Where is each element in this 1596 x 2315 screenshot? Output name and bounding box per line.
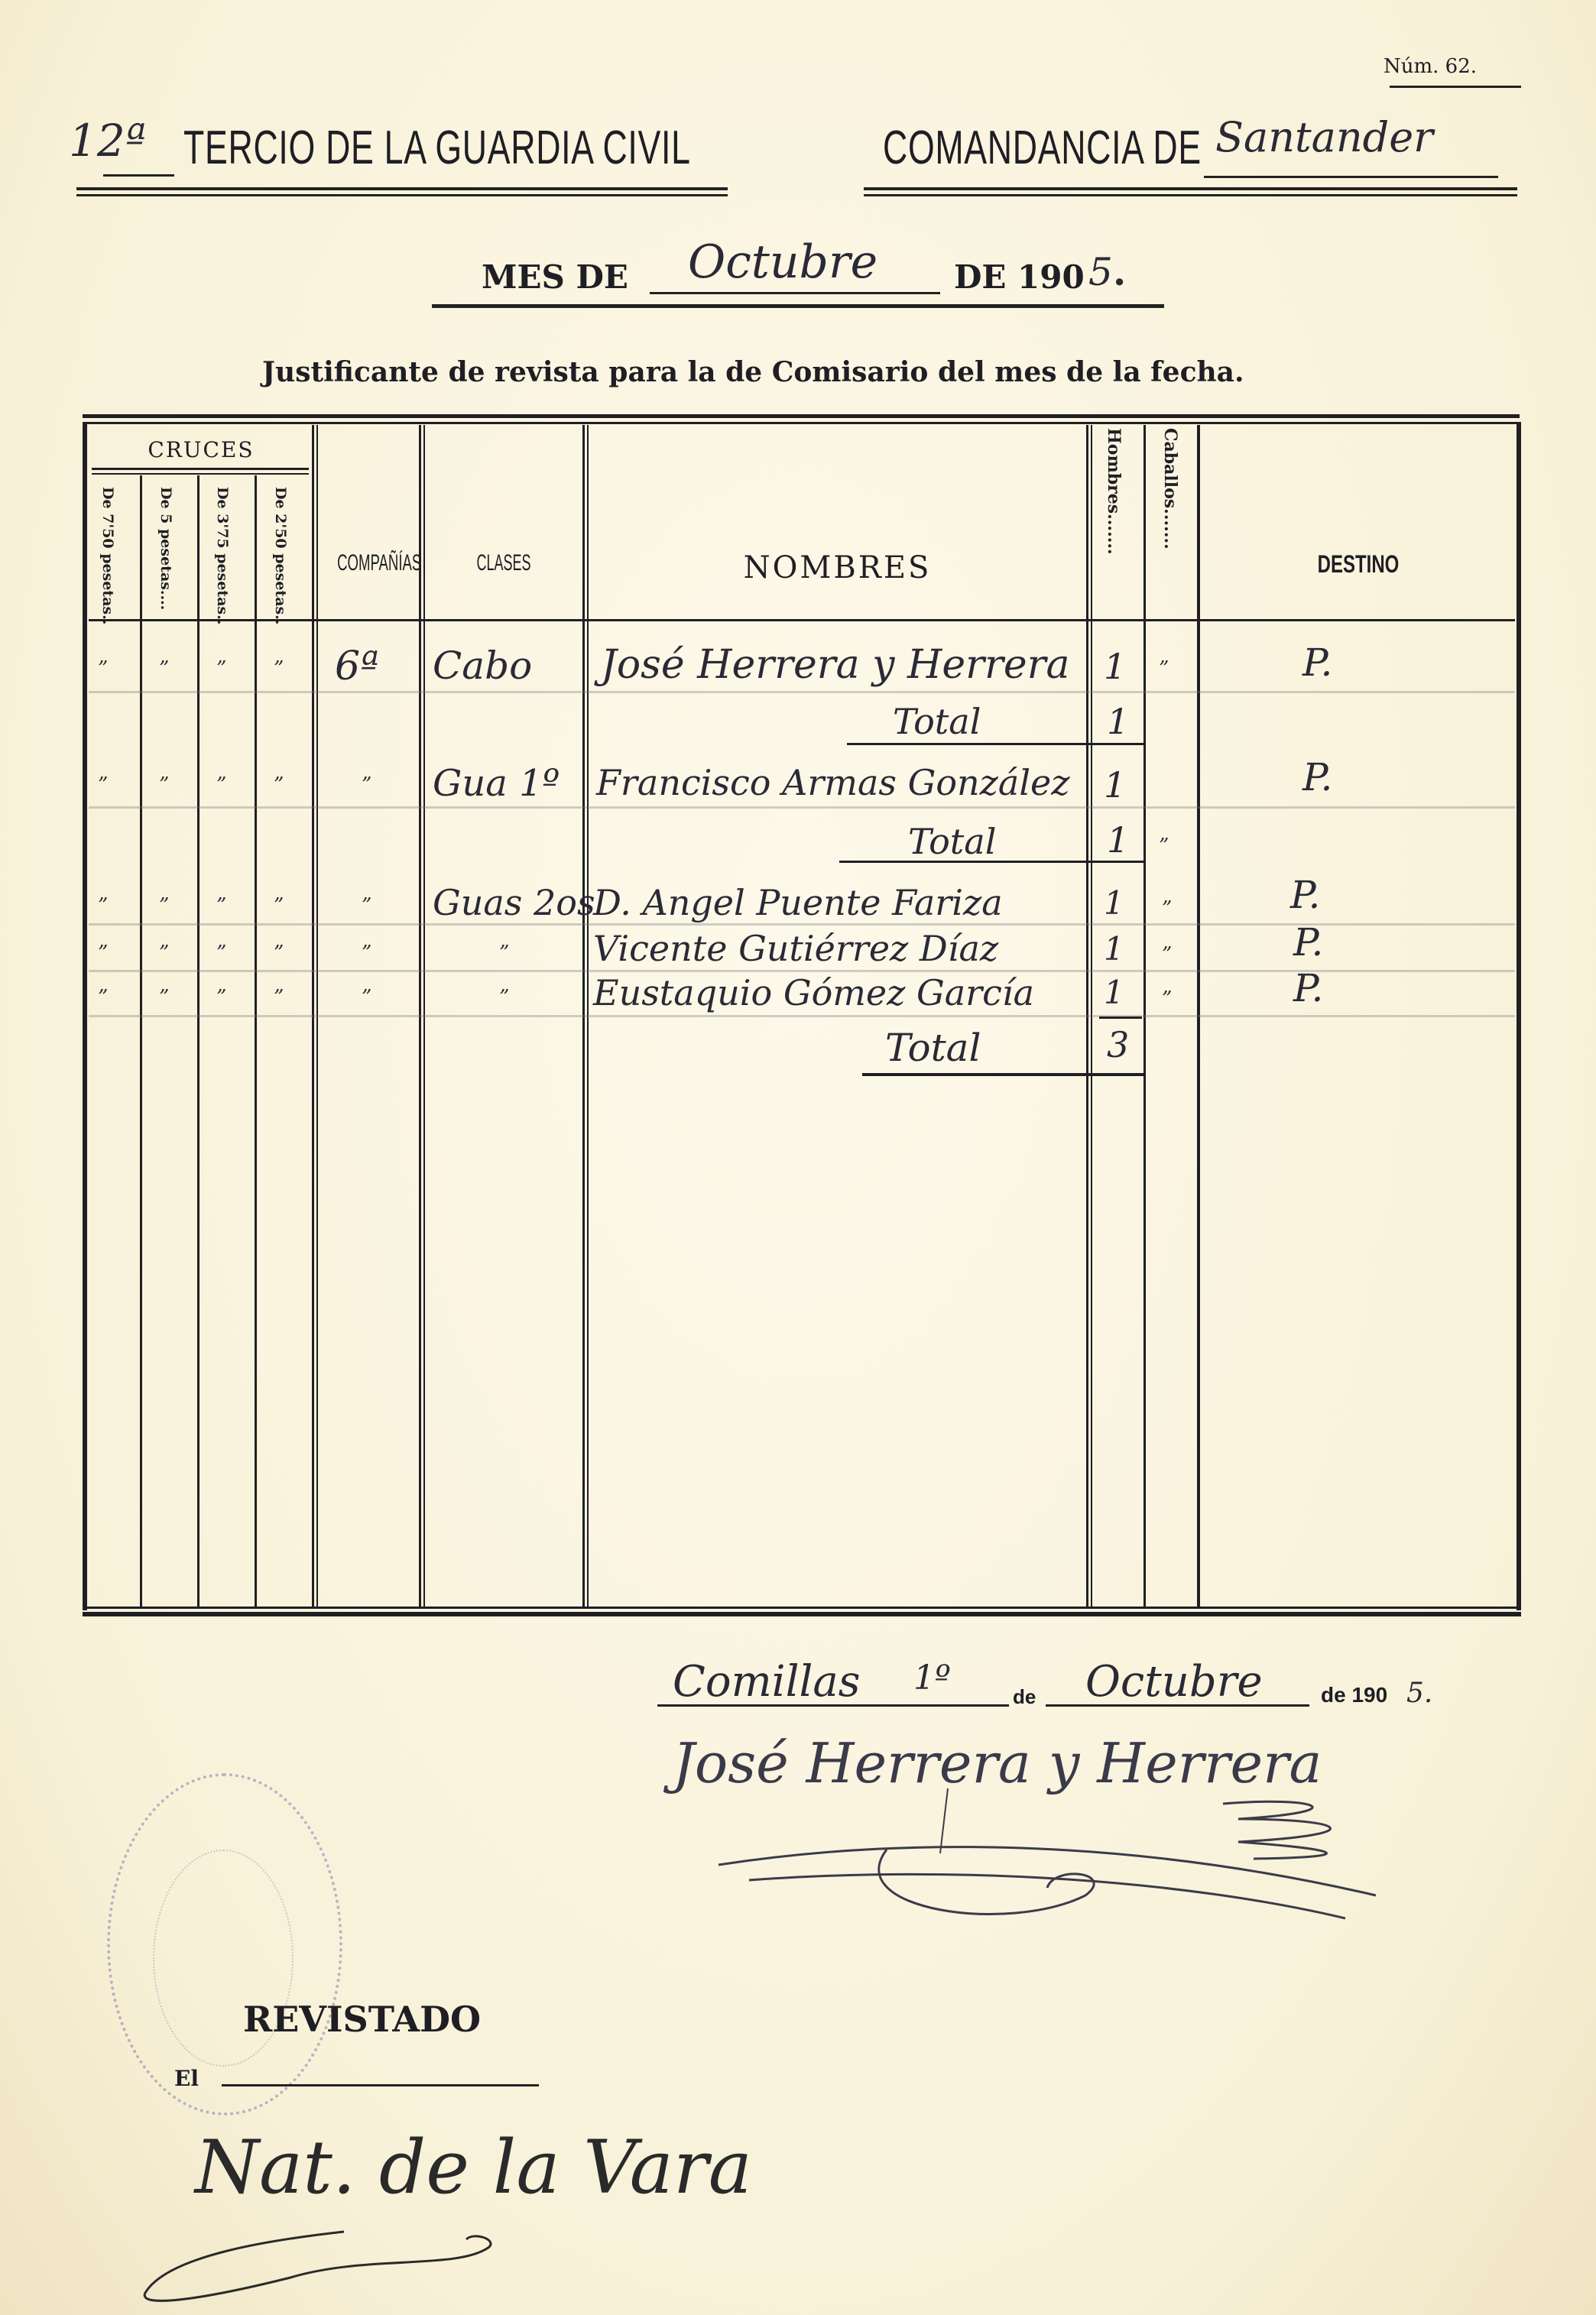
cruces-250-cell: ” [274, 942, 284, 965]
caballos-cell: ” [1159, 657, 1169, 680]
nombre-cell: D. Angel Puente Fariza [593, 882, 1003, 923]
compania-cell: ” [362, 942, 371, 965]
total-rule [839, 861, 1145, 863]
cruces-750-cell: ” [98, 773, 108, 796]
caballos-cell: ” [1162, 897, 1172, 920]
footer-place-underline [657, 1704, 1009, 1707]
header-nombres: NOMBRES [589, 550, 1086, 585]
tercio-number: 12ª [69, 115, 146, 167]
header-cruces-375: De 3'75 pesetas.. [214, 487, 231, 624]
hombres-cell: 1 [1104, 974, 1124, 1011]
compania-cell: 6ª [335, 644, 379, 689]
total-caballos: ” [1159, 835, 1169, 858]
cruces-375-cell: ” [216, 773, 226, 796]
destino-cell: P. [1293, 920, 1323, 965]
cruces-375-cell: ” [216, 894, 226, 917]
header-cruces-250: De 2'50 pesetas.. [272, 487, 289, 624]
tercio-rule [76, 194, 728, 196]
pencil-guide [89, 806, 1515, 809]
hombres-cell: 1 [1104, 764, 1126, 806]
clase-cell: Gua 1º [433, 762, 560, 805]
compania-cell: ” [362, 986, 371, 1009]
footer-month-underline [1046, 1704, 1309, 1707]
nombre-cell: José Herrera y Herrera [601, 642, 1070, 688]
header-bottom-rule [89, 619, 1515, 621]
cruces-250-cell: ” [274, 657, 284, 680]
el-label: El [174, 2066, 199, 2091]
caballos-cell: ” [1162, 943, 1172, 966]
footer-de-label: de [1013, 1685, 1036, 1709]
table-bottom-rule [83, 1607, 1521, 1609]
table-right-rule [1517, 422, 1521, 1610]
tercio-title: TERCIO DE LA GUARDIA CIVIL [183, 121, 691, 175]
nombre-cell: Francisco Armas González [596, 762, 1070, 803]
revistado-label: REVISTADO [243, 1999, 481, 2040]
document-subtitle: Justificante de revista para la de Comis… [262, 356, 1244, 388]
hombres-cell: 1 [1104, 930, 1124, 968]
header-hombres: Hombres....... [1104, 428, 1124, 555]
table-top-rule [83, 422, 1520, 424]
document-number: Núm. 62. [1384, 55, 1477, 78]
cruces-5-cell: ” [159, 773, 169, 796]
destino-cell: P. [1290, 873, 1320, 917]
year-period: . [1113, 249, 1126, 294]
cruces-375-cell: ” [216, 942, 226, 965]
table-bottom-rule [83, 1612, 1521, 1616]
header-cruces: CRUCES [90, 437, 312, 462]
cruces-5-cell: ” [159, 986, 169, 1009]
cruces-250-cell: ” [274, 773, 284, 796]
comandancia-rule [864, 194, 1517, 196]
el-signature-line [222, 2084, 539, 2086]
total-label: Total [908, 821, 996, 862]
header-cruces-750: De 7'50 pesetas.. [99, 487, 116, 624]
comandancia-title: COMANDANCIA DE [883, 121, 1202, 175]
total-hombres: 3 [1107, 1024, 1129, 1065]
month-rule [432, 304, 1164, 308]
clase-cell: ” [499, 942, 509, 965]
header-destino: DESTINO [1240, 550, 1478, 579]
pencil-guide [89, 1015, 1515, 1017]
cruces-5-cell: ” [159, 657, 169, 680]
month-value: Octubre [688, 235, 877, 289]
cruces-250-cell: ” [274, 986, 284, 1009]
destino-cell: P. [1302, 640, 1332, 685]
table-top-rule [83, 414, 1520, 418]
header-caballos: Caballos....... [1160, 428, 1180, 550]
tercio-number-underline [103, 174, 174, 177]
number-underline [1390, 86, 1521, 88]
footer-year-digit: 5. [1406, 1678, 1432, 1709]
cruces-750-cell: ” [98, 986, 108, 1009]
tercio-rule [76, 187, 728, 190]
cruces-5-cell: ” [159, 942, 169, 965]
total-label: Total [893, 701, 981, 742]
header-cruces-5: De 5 pesetas.... [157, 487, 174, 610]
pencil-guide [89, 691, 1515, 693]
col-divider [197, 475, 199, 1607]
col-divider [140, 475, 142, 1607]
caballos-cell: ” [1162, 987, 1172, 1010]
comandancia-underline [1204, 176, 1498, 178]
footer-month: Octubre [1085, 1657, 1263, 1707]
header-companias: COMPAÑÍAS [337, 550, 400, 576]
cruces-rule [92, 468, 309, 470]
subtotal-rule [1099, 1016, 1142, 1019]
footer-place: Comillas [673, 1657, 861, 1707]
footer-year-label: de 190 [1321, 1683, 1387, 1707]
nombre-cell: Vicente Gutiérrez Díaz [593, 928, 998, 969]
col-divider [255, 475, 257, 1607]
nombre-cell: Eustaquio Gómez García [593, 972, 1034, 1013]
total-hombres: 1 [1107, 701, 1129, 742]
total-label: Total [885, 1026, 981, 1070]
hombres-cell: 1 [1104, 884, 1124, 922]
year-digit-value: 5 [1088, 250, 1113, 294]
total-rule [862, 1073, 1145, 1076]
cruces-5-cell: ” [159, 894, 169, 917]
cruces-750-cell: ” [98, 657, 108, 680]
month-underline [650, 292, 940, 294]
roster-table: CRUCES De 7'50 pesetas.. De 5 pesetas...… [83, 414, 1520, 1616]
signature-flourish-icon [688, 1773, 1414, 1926]
cruces-750-cell: ” [98, 942, 108, 965]
total-rule [847, 743, 1145, 745]
year-label: DE 190 [954, 258, 1085, 296]
clase-cell: Guas 2os [433, 882, 595, 923]
comandancia-rule [864, 187, 1517, 190]
cruces-250-cell: ” [274, 894, 284, 917]
clase-cell: ” [499, 986, 509, 1009]
footer-day: 1º [913, 1658, 951, 1697]
signature-flourish-icon [138, 2224, 504, 2308]
compania-cell: ” [362, 773, 371, 796]
cruces-rule [92, 473, 309, 475]
destino-cell: P. [1293, 966, 1323, 1010]
comandancia-value: Santander [1215, 113, 1433, 161]
total-hombres: 1 [1107, 819, 1129, 861]
hombres-cell: 1 [1104, 646, 1126, 687]
header-clases: CLASES [456, 550, 551, 576]
cruces-375-cell: ” [216, 986, 226, 1009]
compania-cell: ” [362, 894, 371, 917]
cruces-750-cell: ” [98, 894, 108, 917]
year-digit: 5. [1088, 249, 1126, 294]
cruces-375-cell: ” [216, 657, 226, 680]
signature-comisario: Nat. de la Vara [195, 2125, 752, 2210]
clase-cell: Cabo [433, 644, 532, 688]
month-label: MES DE [482, 258, 628, 296]
destino-cell: P. [1302, 755, 1332, 799]
table-left-rule [83, 422, 87, 1610]
